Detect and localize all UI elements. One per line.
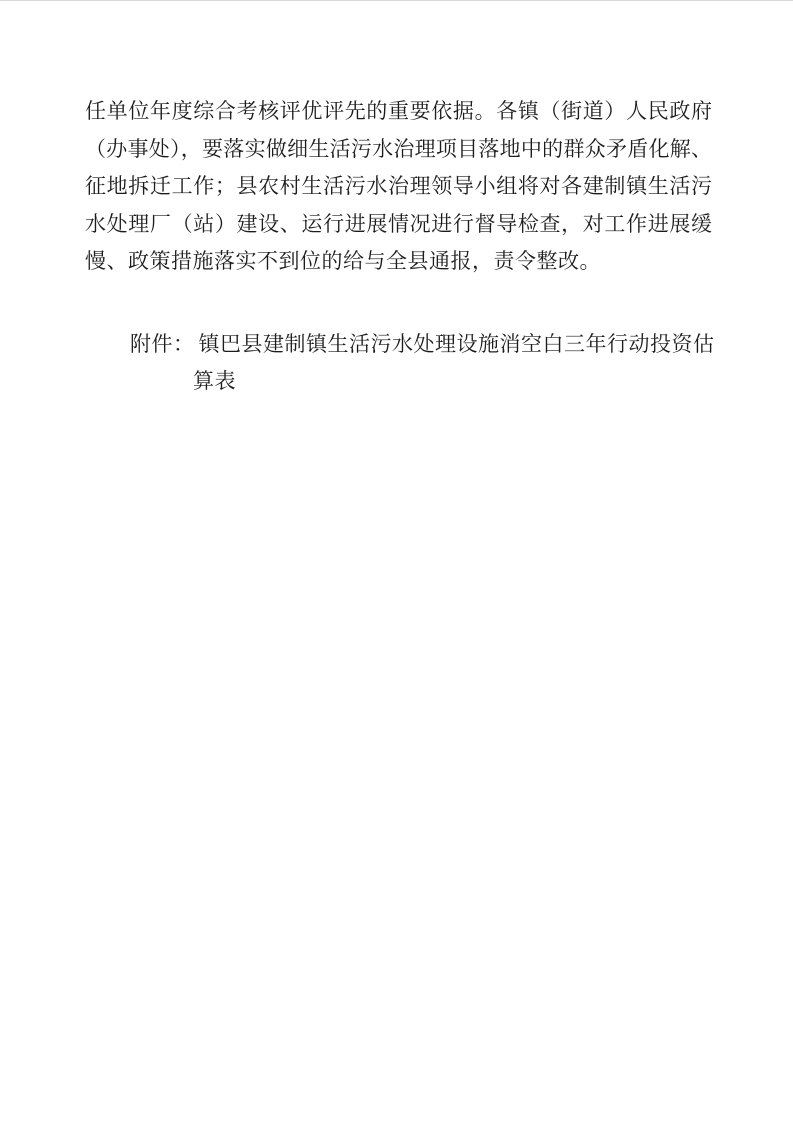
attachment-line-2: 算表 — [130, 363, 712, 401]
paragraph-line-1: 任单位年度综合考核评优评先的重要依据。各镇（街道）人民政府 — [85, 93, 712, 131]
paragraph-line-4: 水处理厂（站）建设、运行进展情况进行督导检查，对工作进展缓 — [85, 206, 712, 244]
paragraph-line-3: 征地拆迁工作；县农村生活污水治理领导小组将对各建制镇生活污 — [85, 168, 712, 206]
attachment-block: 附件：镇巴县建制镇生活污水处理设施消空白三年行动投资估 算表 — [130, 326, 712, 401]
attachment-label: 附件： — [130, 332, 195, 356]
page-content: 任单位年度综合考核评优评先的重要依据。各镇（街道）人民政府 （办事处），要落实做… — [0, 1, 793, 401]
paragraph-line-2: （办事处），要落实做细生活污水治理项目落地中的群众矛盾化解、 — [85, 131, 712, 169]
paragraph-line-5: 慢、政策措施落实不到位的给与全县通报，责令整改。 — [85, 243, 712, 281]
attachment-title-part-1: 镇巴县建制镇生活污水处理设施消空白三年行动投资估 — [199, 332, 715, 356]
document-page: 任单位年度综合考核评优评先的重要依据。各镇（街道）人民政府 （办事处），要落实做… — [0, 0, 793, 1122]
body-paragraph: 任单位年度综合考核评优评先的重要依据。各镇（街道）人民政府 （办事处），要落实做… — [85, 93, 712, 281]
attachment-line-1: 附件：镇巴县建制镇生活污水处理设施消空白三年行动投资估 — [130, 326, 712, 364]
